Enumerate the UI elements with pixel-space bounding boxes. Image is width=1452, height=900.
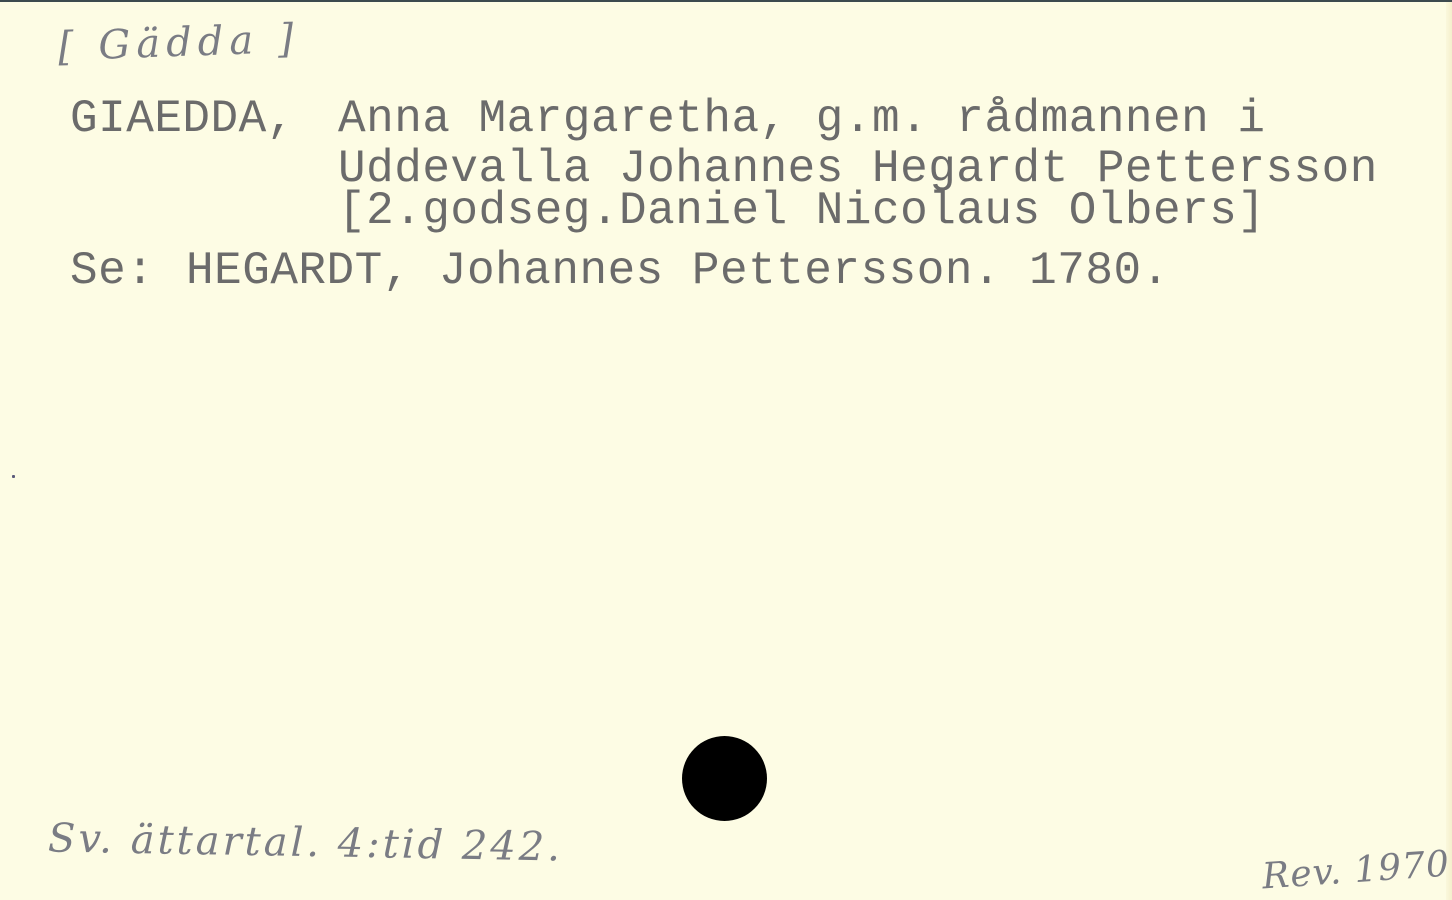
- entry-line1: Anna Margaretha, g.m. rådmannen i: [338, 96, 1265, 142]
- see-prefix: Se:: [70, 248, 154, 294]
- index-card: [ Gädda ] GIAEDDA, Anna Margaretha, g.m.…: [0, 0, 1452, 900]
- paper-speck: [12, 475, 15, 478]
- handwritten-header: [ Gädda ]: [57, 16, 300, 70]
- see-reference: HEGARDT, Johannes Pettersson. 1780.: [186, 248, 1170, 294]
- handwritten-revision: Rev. 1970: [1261, 843, 1451, 897]
- entry-surname: GIAEDDA,: [70, 96, 295, 142]
- punch-hole: [682, 736, 767, 821]
- entry-line3: [2.godseg.Daniel Nicolaus Olbers]: [338, 188, 1265, 234]
- handwritten-source: Sv. ättartal. 4:tid 242.: [48, 816, 564, 871]
- card-edge: [1446, 2, 1452, 900]
